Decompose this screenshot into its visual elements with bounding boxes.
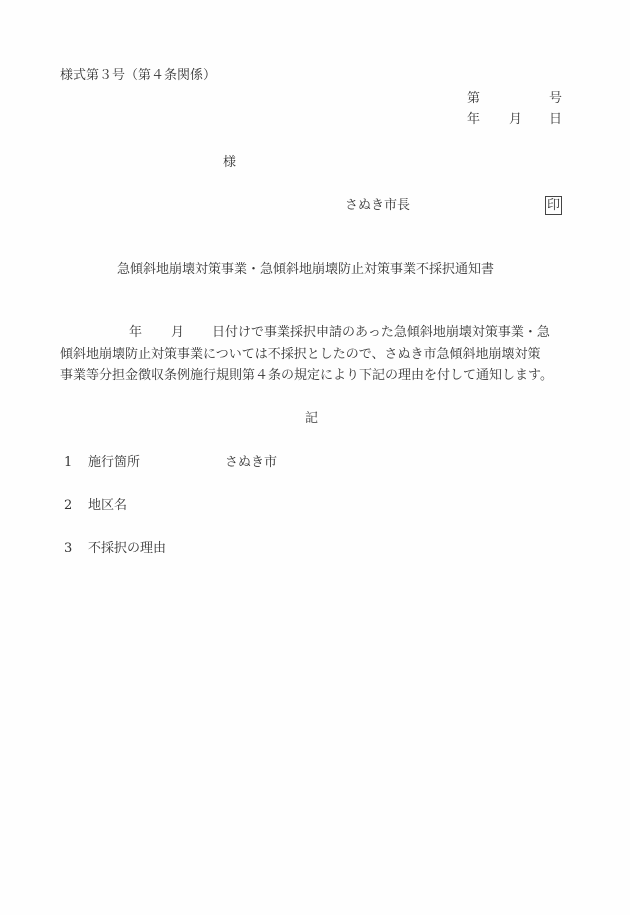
item-number: 1 [64, 455, 88, 471]
item-label: 不採択の理由 [88, 541, 225, 557]
body-year-label: 年 [129, 325, 142, 340]
item-number: 2 [64, 498, 88, 514]
body-line-2: 傾斜地崩壊防止対策事業については不採択としたので、さぬき市急傾斜地崩壊対策 [60, 344, 580, 366]
body-paragraph: 年月日付けで事業採択申請のあった急傾斜地崩壊対策事業・急 傾斜地崩壊防止対策事業… [60, 322, 580, 387]
note-heading: 記 [305, 411, 318, 427]
item-value: さぬき市 [225, 455, 277, 470]
document-number-suffix: 号 [549, 91, 562, 107]
item-label: 地区名 [88, 498, 225, 514]
date-day-label: 日 [549, 112, 562, 128]
body-line-1-text: 日付けで事業採択申請のあった急傾斜地崩壊対策事業・急 [212, 325, 550, 340]
addressee-honorific: 様 [223, 155, 236, 171]
body-line-1: 年月日付けで事業採択申請のあった急傾斜地崩壊対策事業・急 [60, 322, 580, 344]
sender-name: さぬき市長 [345, 198, 410, 214]
date-month-label: 月 [509, 112, 522, 128]
seal-icon: 印 [545, 196, 562, 215]
form-label: 様式第３号（第４条関係） [60, 68, 216, 84]
item-number: 3 [64, 541, 88, 557]
list-item: 3不採択の理由 [64, 541, 225, 557]
list-item: 1施行箇所さぬき市 [64, 455, 277, 471]
body-line-3: 事業等分担金徴収条例施行規則第４条の規定により下記の理由を付して通知します。 [60, 365, 580, 387]
body-month-label: 月 [171, 325, 184, 340]
item-label: 施行箇所 [88, 455, 225, 471]
seal-mark: 印 [545, 196, 562, 215]
document-title: 急傾斜地崩壊対策事業・急傾斜地崩壊防止対策事業不採択通知書 [117, 262, 494, 278]
list-item: 2地区名 [64, 498, 225, 514]
date-year-label: 年 [467, 112, 480, 128]
document-number-prefix: 第 [467, 91, 480, 107]
